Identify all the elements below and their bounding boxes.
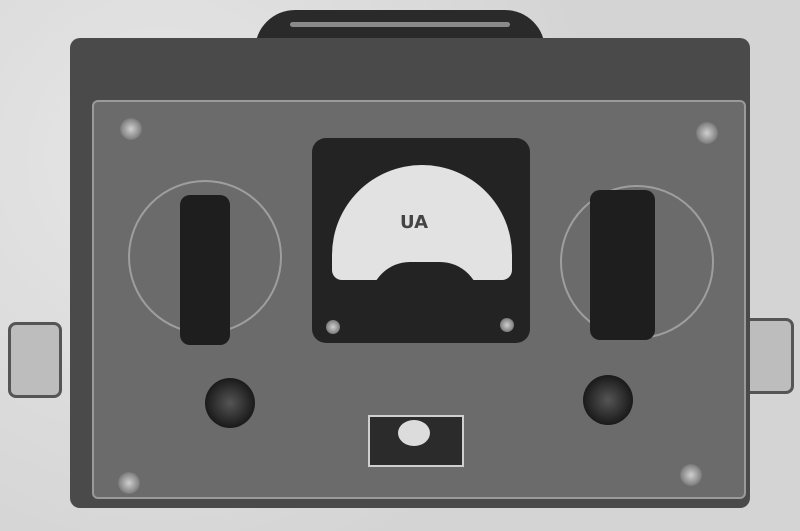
screw-bottom-right: [680, 464, 702, 486]
right-adjust-knob[interactable]: [583, 375, 633, 425]
left-adjust-knob[interactable]: [205, 378, 255, 428]
meter-scale-label: UA: [400, 212, 428, 233]
screw-top-left: [120, 118, 142, 140]
meter-screw: [326, 320, 340, 334]
left-range-switch[interactable]: [180, 195, 230, 345]
right-range-switch[interactable]: [590, 190, 655, 340]
left-connector: [8, 322, 62, 398]
screw-bottom-left: [118, 472, 140, 494]
screw-top-right: [696, 122, 718, 144]
handle-highlight: [290, 22, 510, 27]
badge-emblem-icon: [398, 420, 430, 446]
meter-screw: [500, 318, 514, 332]
